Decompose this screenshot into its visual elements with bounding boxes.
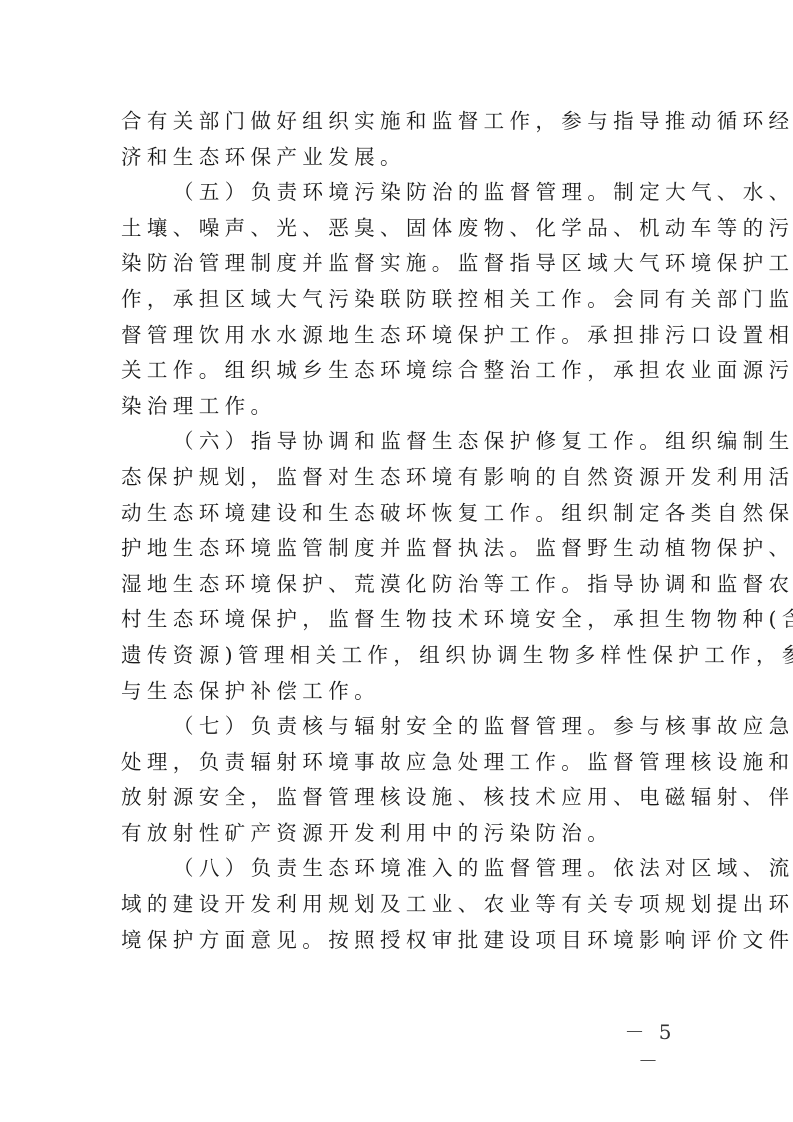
text-line: 处理，负责辐射环境事故应急处理工作。监督管理核设施和 xyxy=(121,745,681,781)
text-line: 染治理工作。 xyxy=(121,389,681,425)
paragraph-heading-line: （八）负责生态环境准入的监督管理。依法对区域、流 xyxy=(121,851,681,887)
text-line: 域的建设开发利用规划及工业、农业等有关专项规划提出环 xyxy=(121,887,681,923)
text-line: 染防治管理制度并监督实施。监督指导区域大气环境保护工 xyxy=(121,246,681,282)
text-line: 合有关部门做好组织实施和监督工作，参与指导推动循环经 xyxy=(121,104,681,140)
paragraph-heading-line: （六）指导协调和监督生态保护修复工作。组织编制生 xyxy=(121,424,681,460)
text-line: 济和生态环保产业发展。 xyxy=(121,140,681,176)
text-line: 遗传资源)管理相关工作，组织协调生物多样性保护工作，参 xyxy=(121,638,681,674)
text-line: 境保护方面意见。按照授权审批建设项目环境影响评价文件， xyxy=(121,923,681,959)
document-page: 合有关部门做好组织实施和监督工作，参与指导推动循环经 济和生态环保产业发展。 （… xyxy=(0,0,793,1122)
text-line: 作，承担区域大气污染联防联控相关工作。会同有关部门监 xyxy=(121,282,681,318)
text-line: 督管理饮用水水源地生态环境保护工作。承担排污口设置相 xyxy=(121,318,681,354)
text-line: 关工作。组织城乡生态环境综合整治工作，承担农业面源污 xyxy=(121,353,681,389)
paragraph-heading-line: （五）负责环境污染防治的监督管理。制定大气、水、 xyxy=(121,175,681,211)
text-line: 与生态保护补偿工作。 xyxy=(121,674,681,710)
text-line: 有放射性矿产资源开发利用中的污染防治。 xyxy=(121,816,681,852)
text-line: 动生态环境建设和生态破坏恢复工作。组织制定各类自然保 xyxy=(121,496,681,532)
page-number: － 5 － xyxy=(620,1016,680,1074)
text-line: 护地生态环境监管制度并监督执法。监督野生动植物保护、 xyxy=(121,531,681,567)
text-line: 土壤、噪声、光、恶臭、固体废物、化学品、机动车等的污 xyxy=(121,211,681,247)
document-body: 合有关部门做好组织实施和监督工作，参与指导推动循环经 济和生态环保产业发展。 （… xyxy=(121,104,681,958)
text-line: 湿地生态环境保护、荒漠化防治等工作。指导协调和监督农 xyxy=(121,567,681,603)
text-line: 村生态环境保护，监督生物技术环境安全，承担生物物种(含 xyxy=(121,602,681,638)
text-line: 态保护规划，监督对生态环境有影响的自然资源开发利用活 xyxy=(121,460,681,496)
text-line: 放射源安全，监督管理核设施、核技术应用、电磁辐射、伴 xyxy=(121,780,681,816)
paragraph-heading-line: （七）负责核与辐射安全的监督管理。参与核事故应急 xyxy=(121,709,681,745)
